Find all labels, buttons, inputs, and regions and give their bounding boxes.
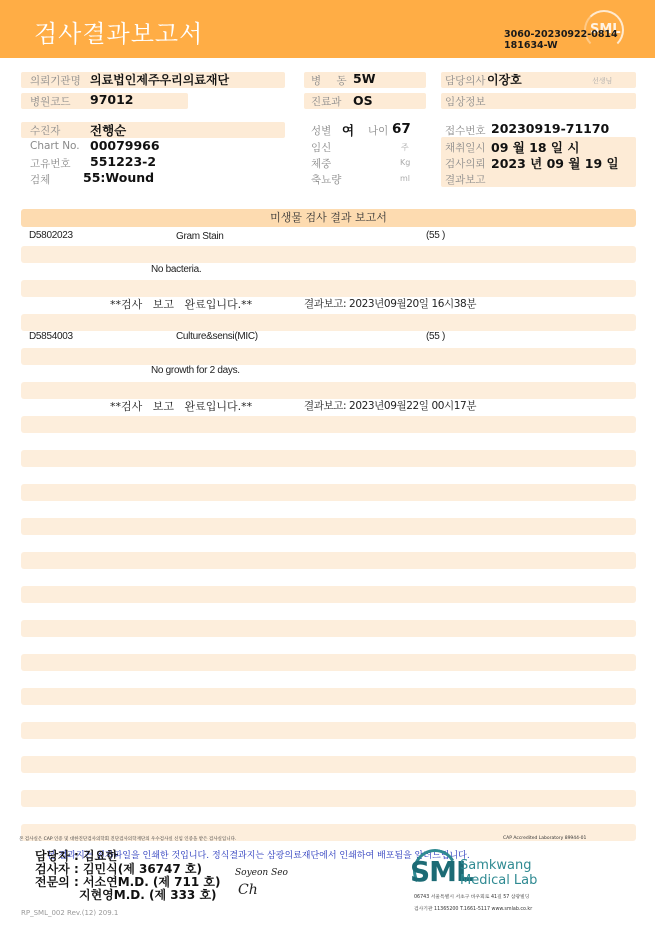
certification-note: 본 검사실은 CAP 인증 및 대한진단검사의학회 진단검사의학재단의 우수검사… [19, 836, 236, 842]
test-report-time: 결과보고: 2023년09월22일 00시17분 [304, 398, 476, 413]
staff-label: 검사자 : [35, 862, 79, 876]
row-stripe [21, 688, 636, 705]
receipt-label: 접수번호 [445, 123, 486, 138]
test-name: Gram Stain [176, 231, 224, 242]
row-stripe [21, 246, 636, 263]
signature-1: Soyeon Seo [235, 868, 288, 878]
section-title: 미생물 검사 결과 보고서 [21, 209, 636, 227]
document-id: 3060-20230922-0814 181634-W [504, 29, 618, 51]
report-title: 검사결과보고서 [34, 14, 203, 49]
test-name: Culture&sensi(MIC) [176, 331, 258, 342]
staff-list: 담당자 : 김요한 검사자 : 김민식(제 36747 호) 전문의 : 서소연… [35, 850, 220, 902]
row-stripe [21, 280, 636, 297]
row-stripe [21, 722, 636, 739]
test-complete-note: **검사 보고 완료입니다.** [110, 296, 252, 312]
row-stripe [21, 348, 636, 365]
staff-label: 전문의 : [35, 875, 79, 889]
lab-name-line2: Medical Lab [460, 873, 537, 888]
test-result: No bacteria. [151, 264, 201, 275]
age-label: 나이 [368, 123, 388, 138]
chart-no-label: Chart No. [30, 140, 80, 152]
row-stripe [21, 620, 636, 637]
test-report-time: 결과보고: 2023년09월20일 16시38분 [304, 296, 476, 311]
row-stripe [21, 654, 636, 671]
lab-name: Samkwang Medical Lab [460, 858, 537, 888]
staff-value: 김민식(제 36747 호) [83, 862, 202, 876]
urine-label: 축뇨량 [311, 172, 341, 187]
institution-value: 의료법인제주우리의료재단 [90, 71, 229, 88]
staff-value: 김요한 [83, 849, 118, 863]
urine-unit: ml [400, 174, 410, 183]
specimen-value: 55:Wound [83, 170, 154, 185]
clinical-info-label: 임상정보 [445, 94, 486, 109]
patient-value: 전행순 [90, 121, 126, 139]
institution-label: 의뢰기관명 [30, 73, 81, 88]
row-stripe [21, 416, 636, 433]
row-stripe [21, 382, 636, 399]
doctor-label: 담당의사 [445, 73, 486, 88]
sex-label: 성별 [311, 123, 331, 138]
row-stripe [21, 790, 636, 807]
row-stripe [21, 450, 636, 467]
request-label: 검사의뢰 [445, 156, 486, 171]
weight-label: 체중 [311, 156, 331, 171]
row-stripe [21, 314, 636, 331]
cap-note: CAP Accredited Laboratory 89944-01 [503, 836, 586, 841]
chart-no-value: 00079966 [90, 138, 160, 153]
patient-label: 수진자 [30, 123, 60, 138]
staff-label: 담당자 : [35, 849, 79, 863]
document-id-line1: 3060-20230922-0814 [504, 29, 618, 40]
staff-value: 서소연M.D. (제 711 호) [83, 875, 221, 889]
request-value: 2023 년 09 월 19 일 [491, 154, 619, 172]
age-value: 67 [392, 121, 411, 137]
specimen-label: 검체 [30, 172, 50, 187]
row-stripe [21, 586, 636, 603]
staff-value: 지현영M.D. (제 333 호) [79, 888, 217, 902]
row-stripe [21, 484, 636, 501]
test-specimen: (55 ) [426, 331, 445, 342]
receipt-value: 20230919-71170 [491, 121, 609, 136]
row-stripe [21, 518, 636, 535]
staff-line: 지현영M.D. (제 333 호) [35, 889, 220, 902]
hospital-code-label: 병원코드 [30, 94, 71, 109]
sex-value: 여 [342, 121, 354, 139]
pregnancy-unit: 주 [401, 142, 409, 153]
lab-address: 06743 서울특별시 서초구 바우뫼로 41길 57 삼광빌딩 [414, 893, 529, 900]
ward-label: 병 동 [311, 73, 353, 88]
patient-bar [21, 122, 285, 138]
test-code: D5802023 [29, 230, 73, 241]
test-result: No growth for 2 days. [151, 365, 240, 376]
lab-name-line1: Samkwang [460, 858, 537, 873]
row-stripe [21, 756, 636, 773]
dept-value: OS [353, 93, 373, 108]
unique-no-value: 551223-2 [90, 154, 156, 169]
report-date-label: 결과보고 [445, 172, 486, 187]
hospital-code-value: 97012 [90, 92, 134, 107]
signature-2: Ch [238, 882, 258, 898]
doctor-value: 이장호 [487, 71, 522, 88]
unique-no-label: 고유번호 [30, 156, 71, 171]
test-code: D5854003 [29, 331, 73, 342]
lab-contact: 검사기관 11365200 T.1661-5117 www.smlab.co.k… [414, 905, 532, 912]
ward-value: 5W [353, 71, 376, 86]
pregnancy-label: 임신 [311, 140, 331, 155]
test-specimen: (55 ) [426, 230, 445, 241]
dept-label: 진료과 [311, 94, 341, 109]
test-complete-note: **검사 보고 완료입니다.** [110, 398, 252, 414]
weight-unit: Kg [400, 158, 410, 167]
revision-label: RP_SML_002 Rev.(12) 209.1 [21, 909, 118, 917]
collection-label: 채취일시 [445, 140, 486, 155]
document-id-line2: 181634-W [504, 40, 618, 51]
doctor-suffix: 선생님 [592, 76, 612, 86]
row-stripe [21, 552, 636, 569]
